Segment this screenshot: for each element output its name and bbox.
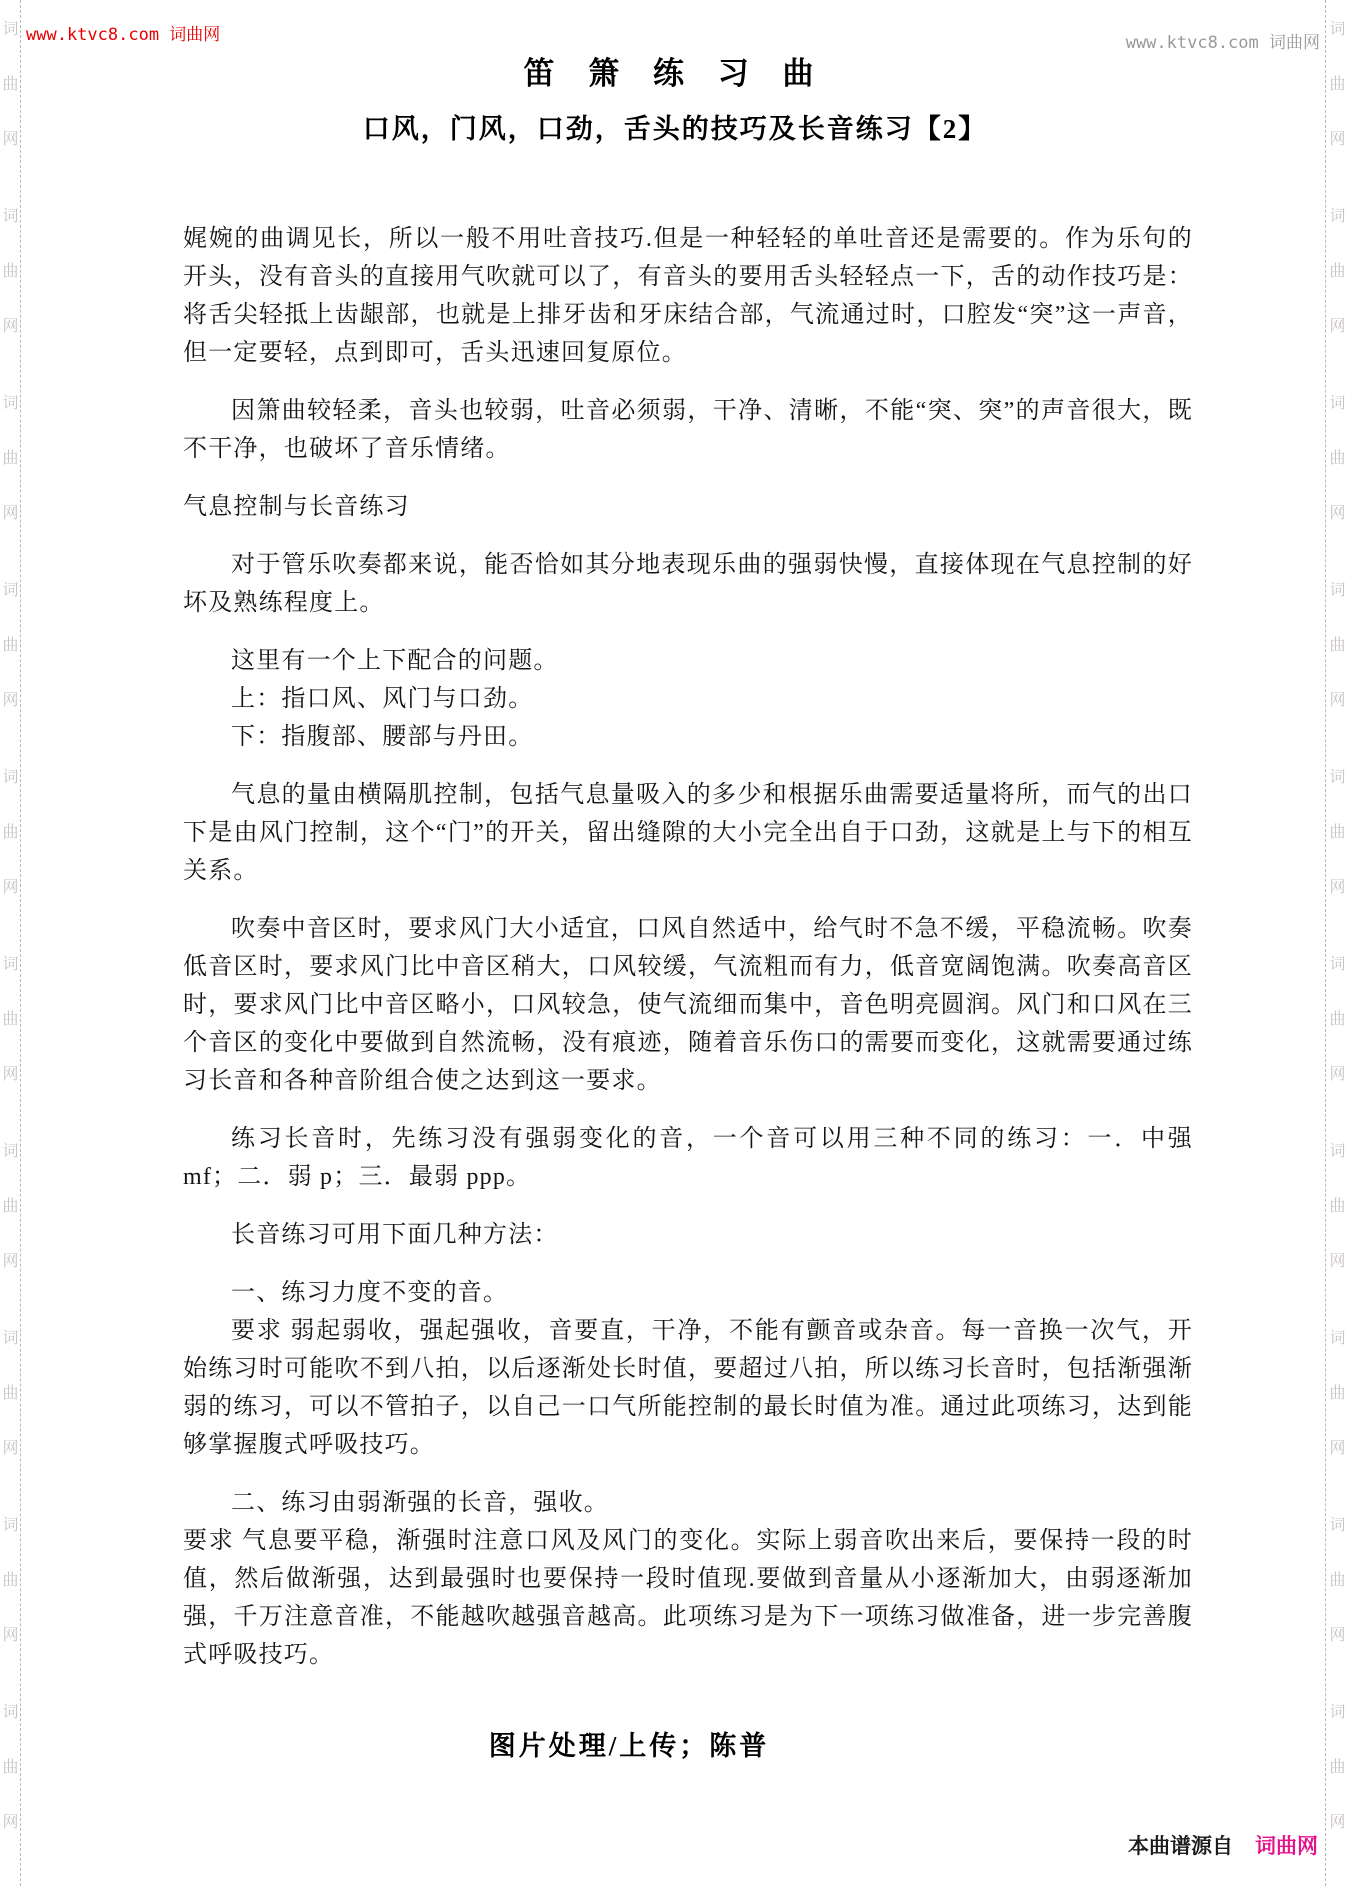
right-watermark-chars: 词曲网词曲网词曲网词曲网词曲网词曲网词曲网词曲网词曲网词曲网 [1325, 0, 1350, 1850]
paragraph: 练习长音时，先练习没有强弱变化的音，一个音可以用三种不同的练习：一．中强 mf；… [183, 1120, 1193, 1196]
paragraph: 娓婉的曲调见长，所以一般不用吐音技巧.但是一种轻轻的单吐音还是需要的。作为乐句的… [183, 220, 1193, 372]
watermark-char: 曲 [1325, 431, 1350, 486]
watermark-char: 曲 [0, 57, 21, 112]
watermark-char: 网 [1325, 299, 1350, 354]
watermark-char: 词 [0, 563, 21, 618]
watermark-group: 词曲网 [1325, 1498, 1350, 1663]
watermark-char: 词 [0, 376, 21, 431]
watermark-group: 词曲网 [0, 189, 21, 354]
watermark-group: 词曲网 [0, 937, 21, 1102]
watermark-group: 词曲网 [0, 1685, 21, 1850]
watermark-char: 曲 [1325, 1366, 1350, 1421]
watermark-char: 曲 [1325, 1179, 1350, 1234]
watermark-char: 网 [1325, 1234, 1350, 1289]
watermark-char: 曲 [0, 1740, 21, 1795]
watermark-char: 网 [0, 673, 21, 728]
watermark-char: 网 [1325, 1047, 1350, 1102]
left-dashed-divider [20, 0, 21, 1886]
watermark-char: 词 [0, 1124, 21, 1179]
watermark-char: 曲 [0, 1553, 21, 1608]
watermark-char: 网 [0, 299, 21, 354]
watermark-char: 词 [0, 1311, 21, 1366]
watermark-group: 词曲网 [0, 376, 21, 541]
right-watermark-strip: 词曲网词曲网词曲网词曲网词曲网词曲网词曲网词曲网词曲网词曲网 [1325, 0, 1350, 1886]
paragraph: 这里有一个上下配合的问题。 [183, 642, 1193, 680]
watermark-char: 词 [1325, 1685, 1350, 1740]
site-url-top-right: www.ktvc8.com 词曲网 [1126, 28, 1320, 53]
watermark-char: 网 [0, 112, 21, 167]
document-body: 娓婉的曲调见长，所以一般不用吐音技巧.但是一种轻轻的单吐音还是需要的。作为乐句的… [183, 220, 1193, 1674]
upload-credit: 图片处理/上传；陈普 [124, 1724, 1134, 1763]
site-url-top-left: www.ktvc8.com 词曲网 [26, 20, 220, 45]
watermark-char: 词 [1325, 1124, 1350, 1179]
watermark-char: 曲 [0, 1366, 21, 1421]
watermark-group: 词曲网 [1325, 1685, 1350, 1850]
watermark-char: 网 [0, 860, 21, 915]
watermark-group: 词曲网 [0, 750, 21, 915]
watermark-char: 曲 [1325, 992, 1350, 1047]
footer-area: 图片处理/上传；陈普 [183, 1724, 1193, 1763]
page-title: 笛 箫 练 习 曲 [0, 54, 1350, 94]
watermark-char: 词 [0, 937, 21, 992]
watermark-char: 曲 [0, 805, 21, 860]
paragraph: 要求 气息要平稳，渐强时注意口风及风门的变化。实际上弱音吹出来后，要保持一段的时… [183, 1522, 1193, 1674]
watermark-char: 曲 [1325, 1553, 1350, 1608]
watermark-group: 词曲网 [1325, 1311, 1350, 1476]
watermark-char: 网 [0, 1795, 21, 1850]
paragraph: 长音练习可用下面几种方法： [183, 1216, 1193, 1254]
watermark-char: 词 [1325, 376, 1350, 431]
watermark-group: 词曲网 [1325, 1124, 1350, 1289]
watermark-char: 词 [0, 1685, 21, 1740]
watermark-char: 曲 [0, 1179, 21, 1234]
source-note: 本曲谱源自词曲网 [1128, 1830, 1318, 1860]
watermark-group: 词曲网 [1325, 376, 1350, 541]
watermark-group: 词曲网 [0, 1124, 21, 1289]
page-subtitle: 口风，门风，口劲，舌头的技巧及长音练习【2】 [0, 110, 1350, 148]
watermark-char: 词 [1325, 750, 1350, 805]
watermark-group: 词曲网 [1325, 189, 1350, 354]
paragraph: 对于管乐吹奏都来说，能否恰如其分地表现乐曲的强弱快慢，直接体现在气息控制的好坏及… [183, 546, 1193, 622]
watermark-char: 词 [1325, 1498, 1350, 1553]
paragraph: 吹奏中音区时，要求风门大小适宜，口风自然适中，给气时不急不缓，平稳流畅。吹奏低音… [183, 910, 1193, 1100]
watermark-char: 网 [1325, 673, 1350, 728]
paragraph: 下：指腹部、腰部与丹田。 [183, 718, 1193, 756]
watermark-char: 词 [0, 1498, 21, 1553]
source-note-prefix: 本曲谱源自 [1128, 1835, 1233, 1858]
source-note-brand: 词曲网 [1255, 1835, 1318, 1858]
watermark-char: 曲 [1325, 244, 1350, 299]
watermark-char: 词 [1325, 563, 1350, 618]
watermark-char: 网 [1325, 1608, 1350, 1663]
watermark-char: 曲 [1325, 1740, 1350, 1795]
watermark-char: 网 [0, 1421, 21, 1476]
left-watermark-strip: 词曲网词曲网词曲网词曲网词曲网词曲网词曲网词曲网词曲网词曲网 [0, 0, 21, 1886]
watermark-group: 词曲网 [0, 563, 21, 728]
watermark-char: 词 [0, 189, 21, 244]
watermark-char: 词 [1325, 1311, 1350, 1366]
paragraph: 二、练习由弱渐强的长音，强收。 [183, 1484, 1193, 1522]
watermark-group: 词曲网 [0, 1311, 21, 1476]
paragraph: 要求 弱起弱收，强起强收，音要直，干净，不能有颤音或杂音。每一音换一次气，开始练… [183, 1312, 1193, 1464]
paragraph: 上：指口风、风门与口劲。 [183, 680, 1193, 718]
watermark-group: 词曲网 [1325, 2, 1350, 167]
watermark-char: 网 [0, 486, 21, 541]
watermark-group: 词曲网 [0, 1498, 21, 1663]
left-watermark-chars: 词曲网词曲网词曲网词曲网词曲网词曲网词曲网词曲网词曲网词曲网 [0, 0, 21, 1850]
right-dashed-divider [1325, 0, 1326, 1886]
watermark-group: 词曲网 [1325, 563, 1350, 728]
watermark-char: 曲 [1325, 57, 1350, 112]
watermark-char: 曲 [0, 992, 21, 1047]
watermark-char: 网 [0, 1234, 21, 1289]
watermark-group: 词曲网 [0, 2, 21, 167]
watermark-char: 词 [1325, 2, 1350, 57]
watermark-char: 网 [1325, 1421, 1350, 1476]
paragraph: 气息控制与长音练习 [183, 488, 1193, 526]
paragraph: 气息的量由横隔肌控制，包括气息量吸入的多少和根据乐曲需要适量将所，而气的出口下是… [183, 776, 1193, 890]
watermark-char: 网 [1325, 1795, 1350, 1850]
watermark-group: 词曲网 [1325, 750, 1350, 915]
watermark-char: 词 [1325, 937, 1350, 992]
watermark-char: 词 [0, 750, 21, 805]
watermark-char: 词 [0, 2, 21, 57]
watermark-char: 网 [1325, 112, 1350, 167]
watermark-char: 曲 [1325, 618, 1350, 673]
watermark-char: 网 [0, 1608, 21, 1663]
watermark-char: 网 [1325, 860, 1350, 915]
watermark-char: 曲 [0, 431, 21, 486]
watermark-char: 网 [1325, 486, 1350, 541]
watermark-char: 词 [1325, 189, 1350, 244]
watermark-group: 词曲网 [1325, 937, 1350, 1102]
watermark-char: 网 [0, 1047, 21, 1102]
paragraph: 因箫曲较轻柔，音头也较弱，吐音必须弱，干净、清晰，不能“突、突”的声音很大，既不… [183, 392, 1193, 468]
paragraph: 一、练习力度不变的音。 [183, 1274, 1193, 1312]
document-page: 词曲网词曲网词曲网词曲网词曲网词曲网词曲网词曲网词曲网词曲网 词曲网词曲网词曲网… [0, 0, 1350, 1886]
watermark-char: 曲 [1325, 805, 1350, 860]
watermark-char: 曲 [0, 618, 21, 673]
watermark-char: 曲 [0, 244, 21, 299]
